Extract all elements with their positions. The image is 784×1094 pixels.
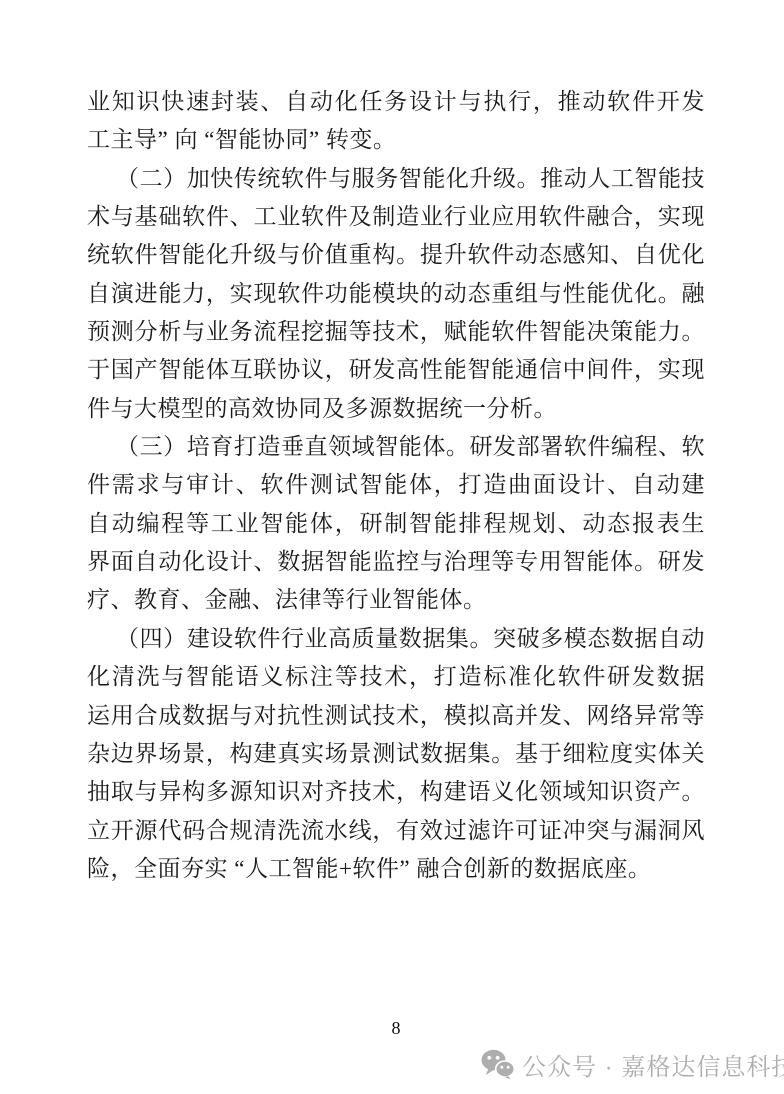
watermark: 公众号 · 嘉格达信息科技: [481, 1046, 784, 1082]
text-line: 于国产智能体互联协议，研发高性能智能通信中间件，实现软: [87, 351, 705, 389]
text-line: （三）培育打造垂直领域智能体。研发部署软件编程、软: [87, 428, 705, 466]
text-line: 抽取与异构多源知识对齐技术，构建语义化领域知识资产。建: [87, 773, 705, 811]
text-line: 界面自动化设计、数据智能监控与治理等专用智能体。研发医: [87, 543, 705, 581]
text-line: 术与基础软件、工业软件及制造业行业应用软件融合，实现传: [87, 198, 705, 236]
text-line: 杂边界场景，构建真实场景测试数据集。基于细粒度实体关系: [87, 735, 705, 773]
text-line: 化清洗与智能语义标注等技术，打造标准化软件研发数据集。: [87, 658, 705, 696]
text-line: 统软件智能化升级与价值重构。提升软件动态感知、自优化与: [87, 236, 705, 274]
text-line: （二）加快传统软件与服务智能化升级。推动人工智能技: [87, 160, 705, 198]
text-line: 业知识快速封装、自动化任务设计与执行，推动软件开发从“人: [87, 83, 705, 121]
text-line: 件与大模型的高效协同及多源数据统一分析。: [87, 390, 705, 428]
text-line: 自动编程等工业智能体，研制智能排程规划、动态报表生成、: [87, 505, 705, 543]
wechat-icon: [481, 1049, 514, 1080]
watermark-text: 公众号 · 嘉格达信息科技: [522, 1047, 784, 1082]
text-line: 工主导” 向 “智能协同” 转变。: [87, 121, 705, 159]
text-line: 自演进能力，实现软件功能模块的动态重组与性能优化。融合: [87, 275, 705, 313]
body-text: 业知识快速封装、自动化任务设计与执行，推动软件开发从“人工主导” 向 “智能协同…: [87, 83, 705, 888]
text-line: 预测分析与业务流程挖掘等技术，赋能软件智能决策能力。基: [87, 313, 705, 351]
text-line: 险，全面夯实 “人工智能+软件” 融合创新的数据底座。: [87, 850, 705, 888]
text-line: 运用合成数据与对抗性测试技术，模拟高并发、网络异常等复: [87, 697, 705, 735]
text-line: 件需求与审计、软件测试智能体，打造曲面设计、自动建模、: [87, 466, 705, 504]
text-line: 立开源代码合规清洗流水线，有效过滤许可证冲突与漏洞风: [87, 812, 705, 850]
page-number: 8: [87, 1018, 705, 1039]
text-line: （四）建设软件行业高质量数据集。突破多模态数据自动: [87, 620, 705, 658]
text-line: 疗、教育、金融、法律等行业智能体。: [87, 581, 705, 619]
